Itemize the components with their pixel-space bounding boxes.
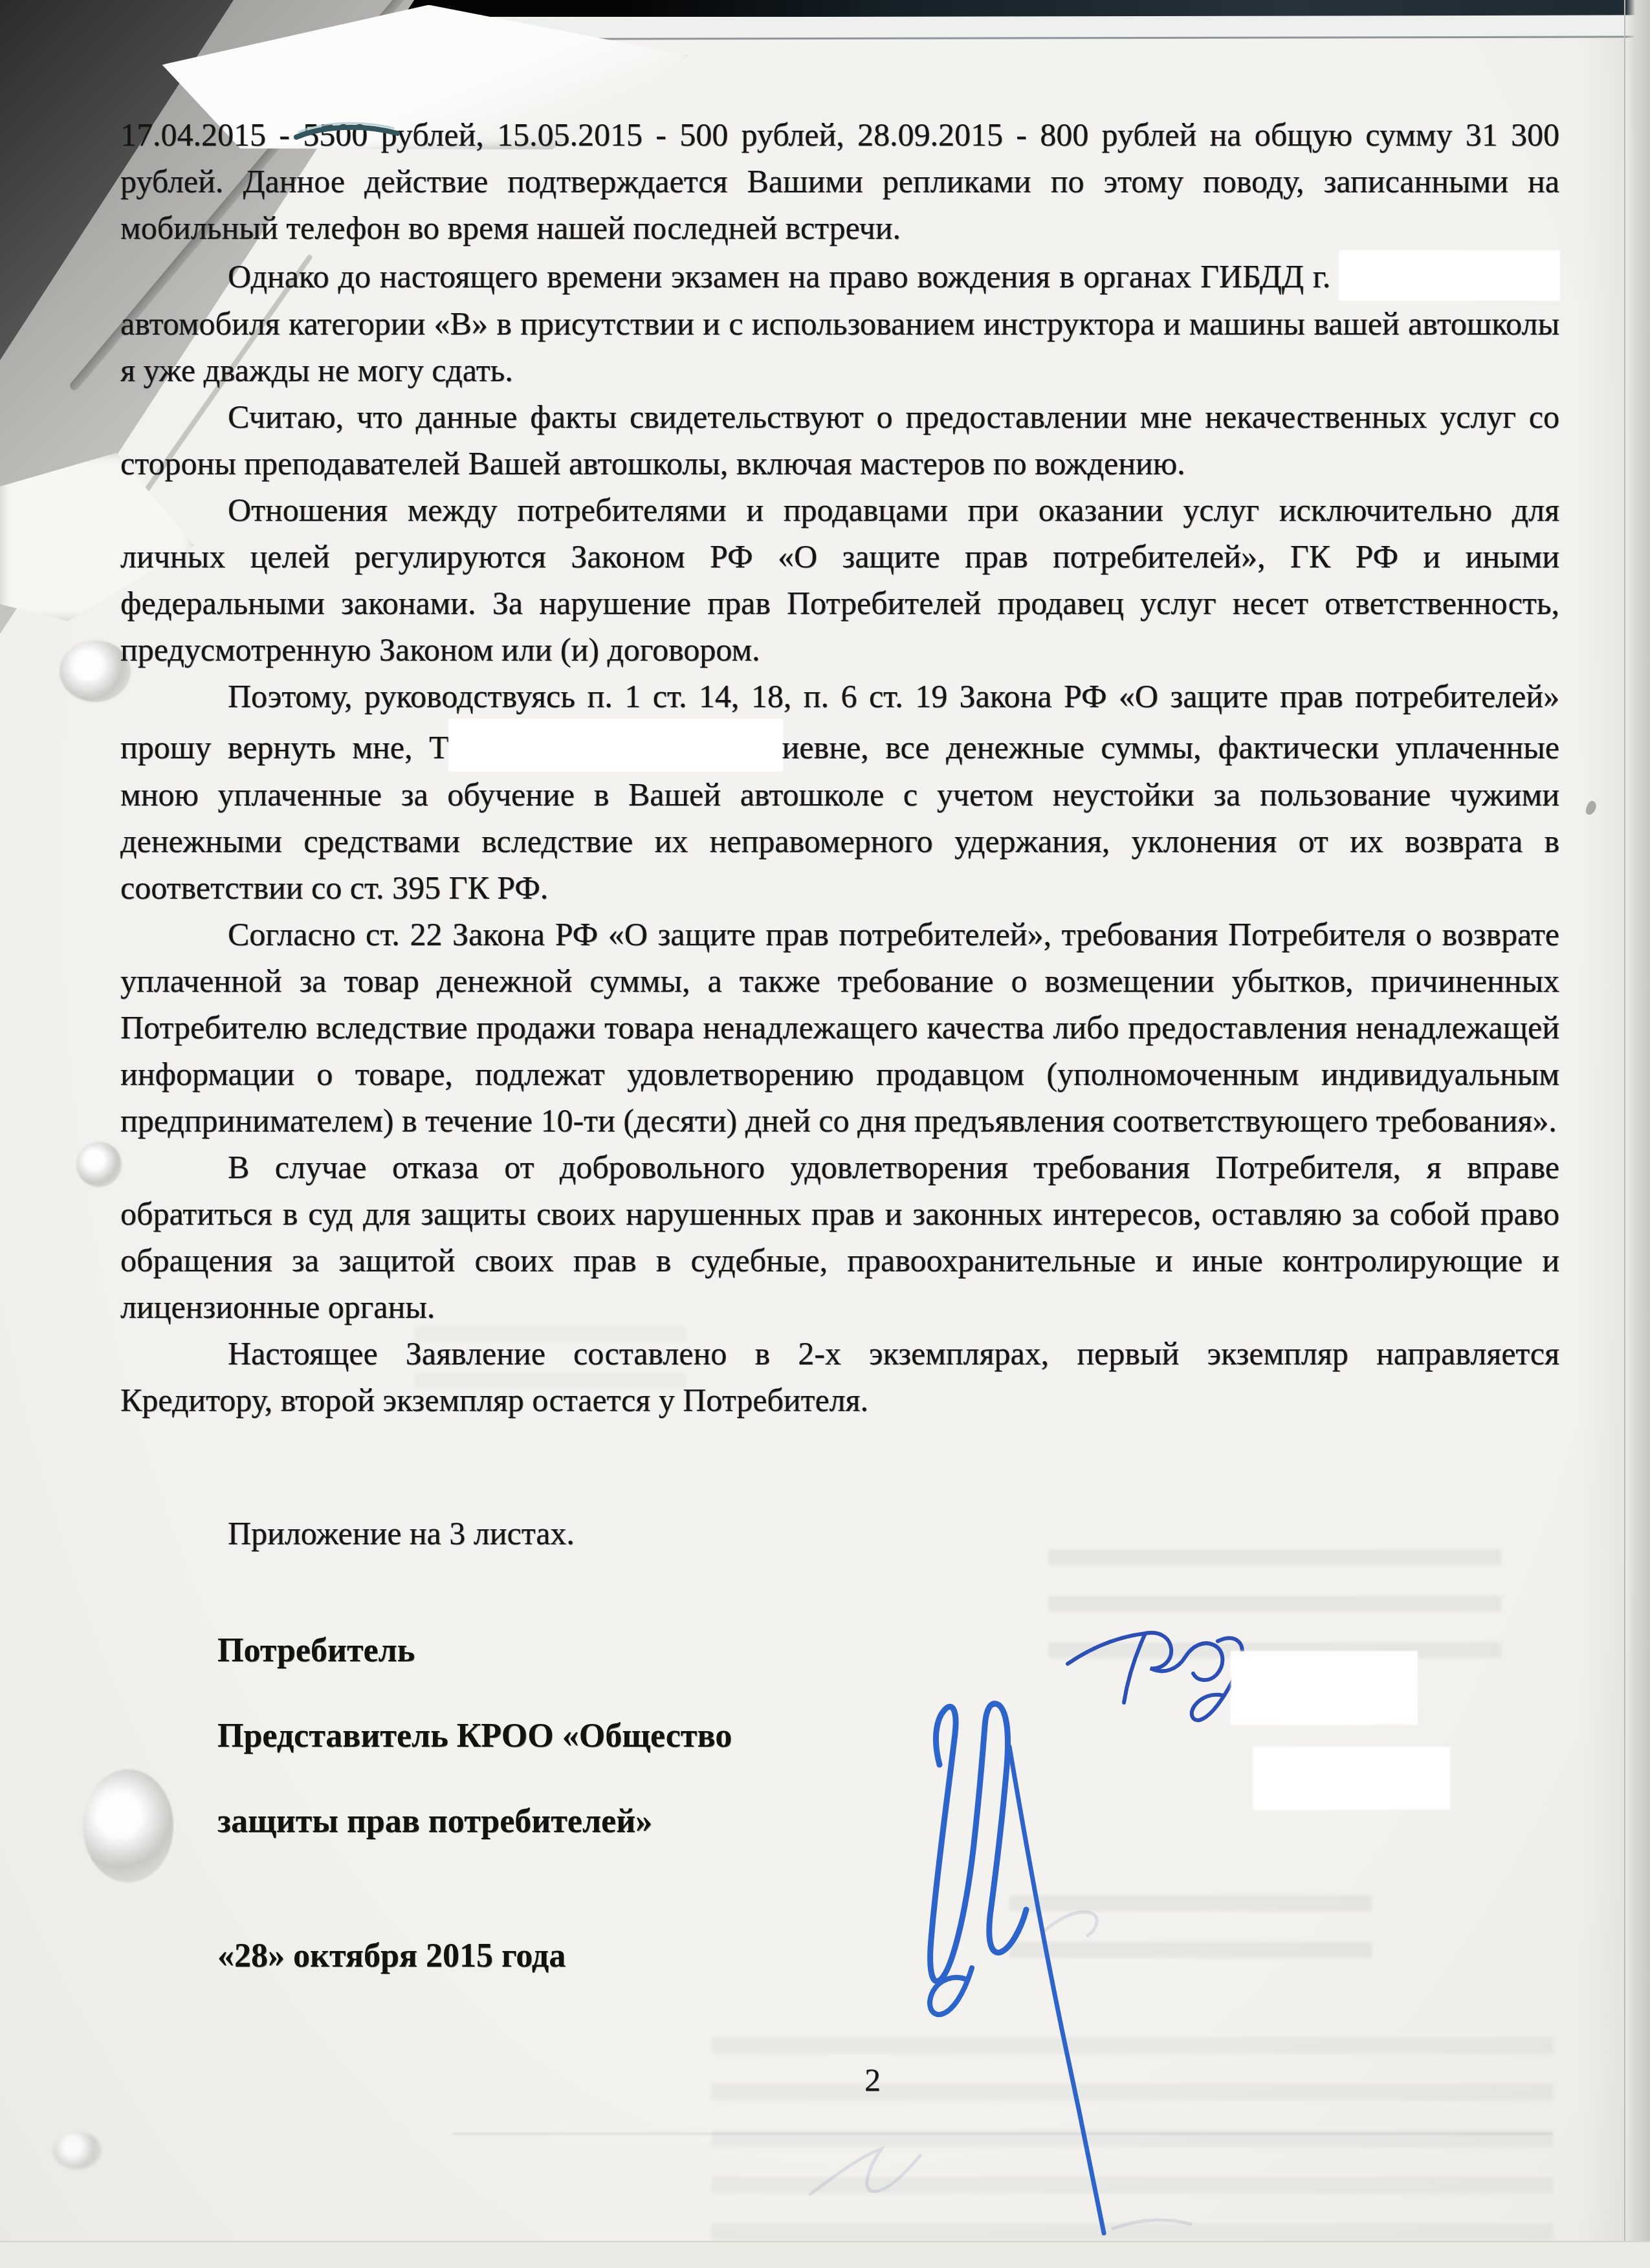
paragraph: Однако до настоящего времени экзамен на … <box>120 251 1559 393</box>
paragraph: В случае отказа от добровольного удовлет… <box>120 1144 1559 1330</box>
scanned-document-page: 17.04.2015 - 5500 рублей, 15.05.2015 - 5… <box>0 0 1650 2268</box>
paper-wrinkle-artifact <box>83 1769 173 1882</box>
paper-smudge <box>53 2132 102 2169</box>
page-edge-shading <box>1580 0 1625 2268</box>
paper-hole-artifact <box>76 1142 122 1187</box>
paragraph: Согласно ст. 22 Закона РФ «О защите прав… <box>120 911 1559 1144</box>
page-number: 2 <box>864 2061 881 2099</box>
redaction-box <box>1231 1652 1417 1724</box>
bleed-through-ghost <box>712 2038 1553 2245</box>
signer-role-representative-cont: защиты прав потребителей» <box>217 1779 732 1864</box>
page-bottom-edge <box>0 2241 1650 2268</box>
bleed-through-rule <box>453 2133 1553 2135</box>
redaction-box <box>1253 1747 1449 1809</box>
redaction-box <box>1339 251 1559 300</box>
signer-role-consumer: Потребитель <box>217 1608 732 1694</box>
bleed-through-ghost <box>1009 1895 1372 1986</box>
document-text: 17.04.2015 - 5500 рублей, 15.05.2015 - 5… <box>120 111 1559 1556</box>
paragraph: Отношения между потребителями и продавца… <box>120 486 1559 673</box>
attachment-note: Приложение на 3 листах. <box>120 1510 1559 1556</box>
paragraph: Поэтому, руководствуясь п. 1 ст. 14, 18,… <box>120 673 1559 911</box>
paragraph: Настоящее Заявление составлено в 2-х экз… <box>120 1330 1559 1423</box>
paragraph: Считаю, что данные факты свидетельствуют… <box>120 393 1559 486</box>
page-right-edge <box>1624 0 1650 2268</box>
redaction-box <box>449 719 782 771</box>
paragraph: 17.04.2015 - 5500 рублей, 15.05.2015 - 5… <box>120 111 1559 251</box>
signature-block: Потребитель Представитель КРОО «Общество… <box>217 1608 732 1999</box>
document-date: «28» октября 2015 года <box>217 1914 732 1999</box>
signer-role-representative: Представитель КРОО «Общество <box>217 1694 732 1779</box>
